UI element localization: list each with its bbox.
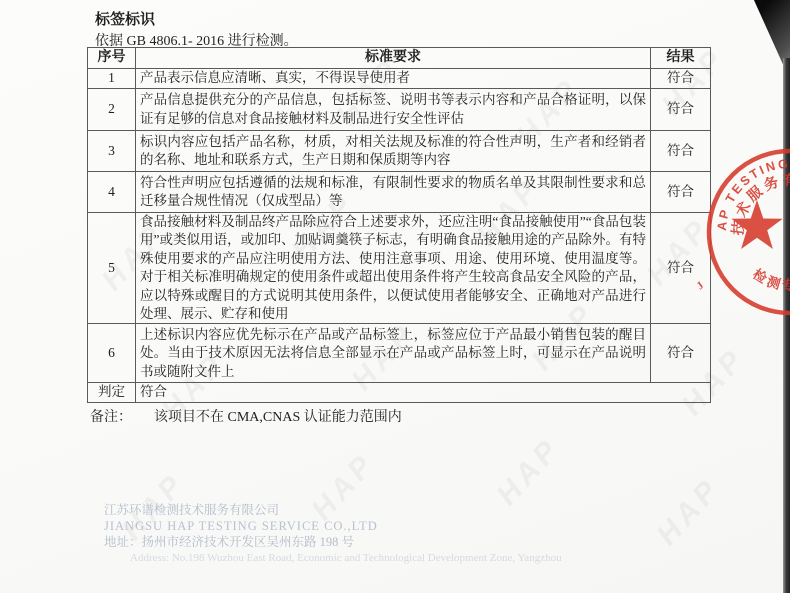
remark-label: 备注： — [90, 410, 132, 425]
lab-name-en: JIANGSU HAP TESTING SERVICE CO.,LTD — [104, 518, 562, 534]
ghost-watermark: HAP — [490, 432, 568, 513]
lab-address-en: Address: No.198 Wuzhou East Road, Econom… — [130, 550, 562, 566]
row-no: 2 — [88, 89, 136, 131]
row-requirement: 标识内容应包括产品名称，材质，对相关法规及标准的符合性声明，生产者和经销者的名称… — [136, 131, 651, 172]
row-no: 3 — [88, 131, 136, 172]
red-seal-stamp: HAP TESTING SERVICE 技术服务有限公司 检测专用章 J — [680, 128, 790, 338]
ghost-watermark: HAP — [650, 472, 728, 553]
row-no: 4 — [88, 172, 136, 213]
row-no: 6 — [88, 324, 136, 383]
row-requirement: 产品表示信息应清晰、真实，不得误导使用者 — [136, 69, 651, 89]
table-row: 6 上述标识内容应优先标示在产品或产品标签上，标签应位于产品最小销售包装的醒目处… — [88, 324, 711, 383]
verdict-row: 判定 符合 — [88, 383, 711, 402]
lab-address-cn: 地址：扬州市经济技术开发区吴州东路 198 号 — [104, 534, 562, 550]
section-title: 标签标识 — [95, 8, 155, 29]
row-requirement: 符合性声明应包括遵循的法规和标准，有限制性要求的物质名单及其限制性要求和总迁移量… — [136, 172, 651, 213]
remark-line: 备注：该项目不在 CMA,CNAS 认证能力范围内 — [90, 406, 402, 426]
table-row: 2 产品信息提供充分的产品信息，包括标签、说明书等表示内容和产品合格证明，以保证… — [88, 89, 711, 131]
row-no: 5 — [88, 213, 136, 324]
row-no: 1 — [88, 69, 136, 89]
row-requirement: 食品接触材料及制品终产品除应符合上述要求外，还应注明“食品接触使用”“食品包装用… — [136, 213, 651, 324]
seal-bottom-text: 检测专用章 — [750, 265, 790, 293]
table-row: 4 符合性声明应包括遵循的法规和标准，有限制性要求的物质名单及其限制性要求和总迁… — [88, 172, 711, 213]
svg-text:检测专用章: 检测专用章 — [750, 265, 790, 293]
header-result: 结果 — [651, 48, 711, 69]
remark-text: 该项目不在 CMA,CNAS 认证能力范围内 — [154, 410, 402, 425]
verdict-value: 符合 — [136, 383, 711, 402]
table-row: 1 产品表示信息应清晰、真实，不得误导使用者 符合 — [88, 69, 711, 89]
lab-name-cn: 江苏环谱检测技术服务有限公司 — [104, 502, 562, 518]
verdict-label: 判定 — [88, 383, 136, 402]
table-row: 5 食品接触材料及制品终产品除应符合上述要求外，还应注明“食品接触使用”“食品包… — [88, 213, 711, 324]
header-requirement: 标准要求 — [136, 48, 651, 69]
row-result: 符合 — [651, 89, 711, 131]
row-requirement: 产品信息提供充分的产品信息，包括标签、说明书等表示内容和产品合格证明，以保证有足… — [136, 89, 651, 131]
row-result: 符合 — [651, 69, 711, 89]
row-requirement: 上述标识内容应优先标示在产品或产品标签上，标签应位于产品最小销售包装的醒目处。当… — [136, 324, 651, 383]
requirements-table: 序号 标准要求 结果 1 产品表示信息应清晰、真实，不得误导使用者 符合 2 产… — [87, 47, 711, 403]
table-header-row: 序号 标准要求 结果 — [88, 48, 711, 69]
header-no: 序号 — [88, 48, 136, 69]
table-row: 3 标识内容应包括产品名称，材质，对相关法规及标准的符合性声明，生产者和经销者的… — [88, 131, 711, 172]
lab-footer: 江苏环谱检测技术服务有限公司 JIANGSU HAP TESTING SERVI… — [104, 502, 562, 566]
seal-side-letter: J — [694, 279, 706, 292]
